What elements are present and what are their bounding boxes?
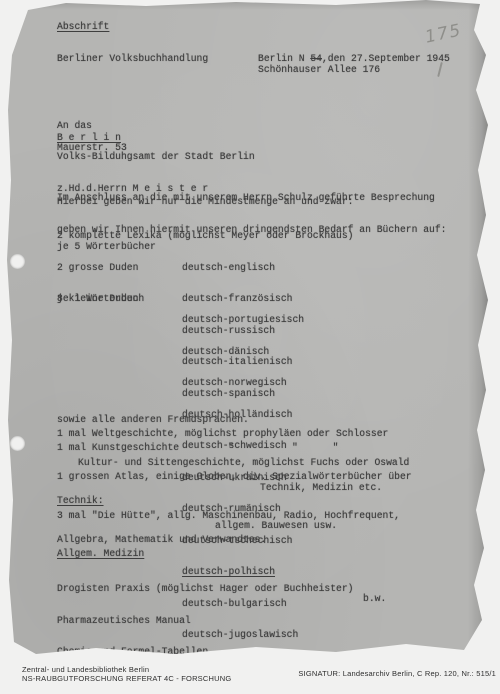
minimum-note: Hierbei geben wir nur die Mindestmenge a… <box>57 197 354 208</box>
scanned-document-page: { "letter": { "handwritten_page_number":… <box>0 0 500 694</box>
weltgeschichte-line: 1 mal Weltgeschichte, möglichst prophylä… <box>57 429 388 440</box>
kunstgeschichte-line: 1 mal Kunstgeschichte <box>57 443 179 454</box>
other-languages-line: sowie alle anderen Fremdsprachen. <box>57 415 249 426</box>
recipient-line-1: An das <box>57 121 255 132</box>
archive-footer-left: Zentral- und Landesbibliothek Berlin NS-… <box>22 665 231 683</box>
atlas-line-1: 1 grossen Atlas, einige Globen, div. Spe… <box>57 472 412 483</box>
letter-page: 175 Abschrift Berliner Volksbuchhandlung… <box>6 0 492 660</box>
language-item: deutsch-portugiesisch <box>182 315 304 326</box>
sender-address: Schönhauser Allee 176 <box>258 65 380 76</box>
date-line: Berlin N 54,den 27.September 1945 <box>258 54 450 65</box>
handwritten-page-number: 175 <box>423 20 463 47</box>
medizin-heading: Allgem. Medizin <box>57 549 144 560</box>
archive-signature: SIGNATUR: Landesarchiv Berlin, C Rep. 12… <box>298 669 496 678</box>
list-item: 2 komplette Lexika (möglichst Meyer oder… <box>57 231 354 242</box>
medizin-list: Drogisten Praxis (möglichst Hager oder B… <box>57 563 354 679</box>
copy-label: Abschrift <box>57 22 109 33</box>
language-item: deutsch-dänisch <box>182 347 304 358</box>
turn-over-note: b.w. <box>363 594 386 605</box>
list-item: Drogisten Praxis (möglichst Hager oder B… <box>57 584 354 595</box>
library-name: Zentral- und Landesbibliothek Berlin <box>22 665 231 674</box>
technik-heading: Technik: <box>57 496 104 507</box>
sender-name: Berliner Volksbuchhandlung <box>57 54 208 65</box>
language-item: deutsch-englisch <box>182 263 292 274</box>
recipient-line-2: Volks-Bilduhgsamt der Stadt Berlin <box>57 152 255 163</box>
kulturgeschichte-line: Kultur- und Sittengeschichte, möglichst … <box>78 458 409 469</box>
ditto-marks: " " " <box>228 443 338 454</box>
language-item: deutsch-norwegisch <box>182 378 304 389</box>
date-rest: ,den 27.September 1945 <box>322 53 450 64</box>
dict1-label: je 1 Wörterbuch <box>57 294 144 305</box>
list-item: Pharmazeutisches Manual <box>57 616 354 627</box>
recipient-street: Mauerstr. 53 <box>57 143 127 154</box>
research-department: NS-RAUBGUTFORSCHUNG REFERAT 4C - FORSCHU… <box>22 674 231 683</box>
punch-hole-top <box>10 254 25 269</box>
date-place: Berlin N <box>258 53 310 64</box>
list-item: Chemie und Formel-Tabellen <box>57 647 354 658</box>
atlas-line-2: Technik, Medizin etc. <box>260 483 382 494</box>
dict5-label: je 5 Wörterbücher <box>57 242 156 253</box>
punch-hole-bottom <box>10 436 25 451</box>
huette-line-2: allgem. Bauwesen usw. <box>215 521 337 532</box>
date-struck-number: 54 <box>310 53 322 64</box>
allgebra-line: Allgebra, Mathematik und Verwandtes. <box>57 535 266 546</box>
